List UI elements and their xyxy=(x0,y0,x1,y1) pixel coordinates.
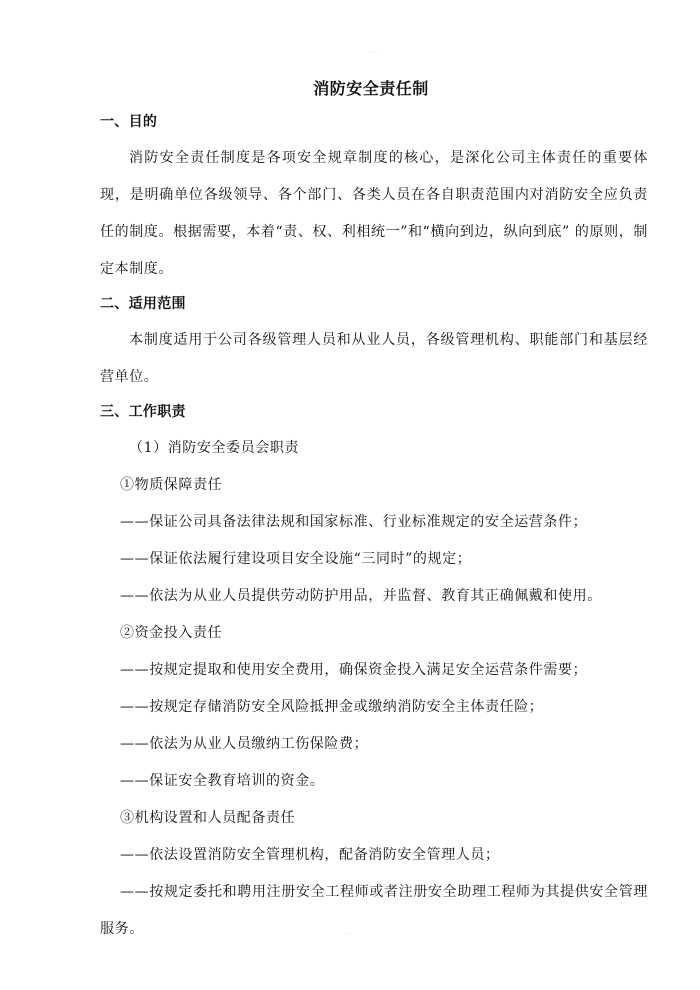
list-item: ——按规定提取和使用安全费用，确保资金投入满足安全运营条件需要； xyxy=(100,652,648,689)
list-item: ——按规定存储消防安全风险抵押金或缴纳消防安全主体责任险； xyxy=(100,689,648,726)
duty-group-funding: ②资金投入责任 ——按规定提取和使用安全费用，确保资金投入满足安全运营条件需要；… xyxy=(100,615,648,800)
footer-watermark: ···· xyxy=(327,931,367,938)
document-body: 一、目的 消防安全责任制度是各项安全规章制度的核心，是深化公司主体责任的重要体现… xyxy=(100,112,648,948)
list-item: ——依法为从业人员缴纳工伤保险费； xyxy=(100,726,648,763)
list-item: ——依法为从业人员提供劳动防护用品，并监督、教育其正确佩戴和使用。 xyxy=(100,578,648,615)
document-title: 消防安全责任制 xyxy=(0,76,700,99)
section-scope: 二、适用范围 本制度适用于公司各级管理人员和从业人员，各级管理机构、职能部门和基… xyxy=(100,294,648,396)
list-item: ——保证公司具备法律法规和国家标准、行业标准规定的安全运营条件； xyxy=(100,504,648,541)
list-item: ——保证依法履行建设项目安全设施“三同时”的规定； xyxy=(100,541,648,578)
group-label: ①物质保障责任 xyxy=(100,467,648,504)
section-heading: 一、目的 xyxy=(100,112,648,132)
document-page: ···· 消防安全责任制 一、目的 消防安全责任制度是各项安全规章制度的核心，是… xyxy=(0,0,700,990)
subheading: （1）消防安全委员会职责 xyxy=(100,430,648,467)
list-item: ——保证安全教育培训的资金。 xyxy=(100,763,648,800)
section-purpose: 一、目的 消防安全责任制度是各项安全规章制度的核心，是深化公司主体责任的重要体现… xyxy=(100,112,648,288)
list-item: ——依法设置消防安全管理机构，配备消防安全管理人员； xyxy=(100,837,648,874)
group-label: ②资金投入责任 xyxy=(100,615,648,652)
paragraph: 消防安全责任制度是各项安全规章制度的核心，是深化公司主体责任的重要体现，是明确单… xyxy=(100,140,648,288)
list-item: ——按规定委托和聘用注册安全工程师或者注册安全助理工程师为其提供安全管理服务。 xyxy=(100,874,648,948)
group-label: ③机构设置和人员配备责任 xyxy=(100,800,648,837)
paragraph: 本制度适用于公司各级管理人员和从业人员，各级管理机构、职能部门和基层经营单位。 xyxy=(100,322,648,396)
section-duties: 三、工作职责 （1）消防安全委员会职责 ①物质保障责任 ——保证公司具备法律法规… xyxy=(100,402,648,948)
section-heading: 三、工作职责 xyxy=(100,402,648,422)
duty-group-organization: ③机构设置和人员配备责任 ——依法设置消防安全管理机构，配备消防安全管理人员； … xyxy=(100,800,648,948)
duty-group-material: ①物质保障责任 ——保证公司具备法律法规和国家标准、行业标准规定的安全运营条件；… xyxy=(100,467,648,615)
section-heading: 二、适用范围 xyxy=(100,294,648,314)
header-watermark: ···· xyxy=(355,49,395,56)
